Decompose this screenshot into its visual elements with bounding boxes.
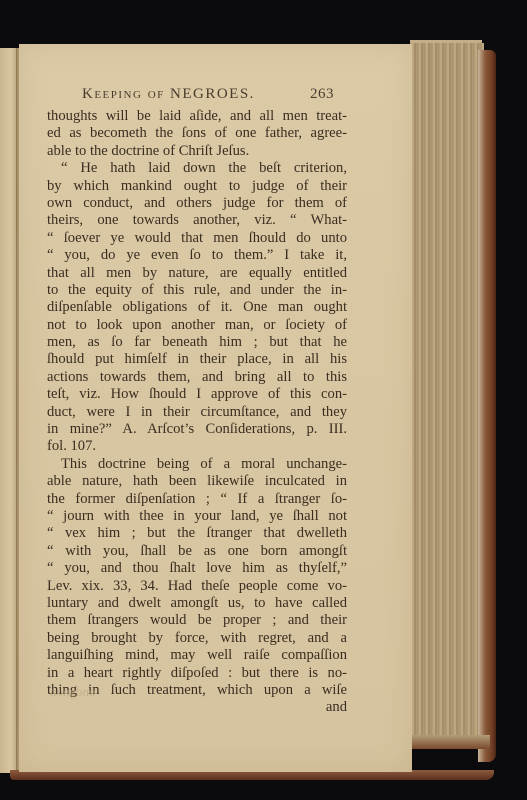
body-text: thoughts will be laid aſide, and all men… [47,108,347,699]
text-line: the former diſpenſation ; “ If a ſtrange… [47,491,347,508]
text-line: to the equity of this rule, and under th… [47,282,347,299]
text-line: able to the doctrine of Chriſt Jeſus. [47,143,347,160]
text-line: This doctrine being of a moral unchange- [47,456,347,473]
text-line: men, as ſo far beneath him ; but that he [47,334,347,351]
text-line: being brought by force, with regret, and… [47,630,347,647]
text-line: by which mankind ought to judge of their [47,178,347,195]
text-line: “ ſoever ye would that men ſhould do unt… [47,230,347,247]
text-line: Lev. xix. 33, 34. Had theſe people come … [47,578,347,595]
text-line: diſpenſable obligations of it. One man o… [47,299,347,316]
text-line: that all men by nature, are equally enti… [47,265,347,282]
running-head-title: Keeping of NEGROES. [82,86,255,103]
catchword: and [47,699,347,716]
text-line: them ſtrangers would be proper ; and the… [47,612,347,629]
text-line: thoughts will be laid aſide, and all men… [47,108,347,125]
catchword-row: and [47,699,347,717]
page-block-fore-edge [410,43,484,743]
page-number: 263 [310,86,334,103]
text-line: own conduct, and others judge for them o… [47,195,347,212]
text-line: teſt, viz. How ſhould I approve of this … [47,386,347,403]
text-line: duct, were I in their circumſtance, and … [47,404,347,421]
text-line: “ He hath laid down the beſt criterion, [47,160,347,177]
text-line: “ you, do ye even ſo to them.” I take it… [47,247,347,264]
text-line: fol. 107. [47,438,347,455]
page-text-block: Keeping of NEGROES. 263 thoughts will be… [47,86,347,717]
page-block-bottom [410,735,490,749]
text-line: luntary and dwelt amongſt us, to have ca… [47,595,347,612]
running-head: Keeping of NEGROES. 263 [47,86,347,108]
text-line: “ with you, ſhall be as one born amongſt [47,543,347,560]
text-line: languiſhing mind, may well raiſe compaſſ… [47,647,347,664]
text-line: “ vex him ; but the ſtranger that dwelle… [47,525,347,542]
show-through-text: ondgnon [50,684,96,700]
text-line: able nature, hath been likewiſe inculcat… [47,473,347,490]
text-line: not to look upon another man, or ſociety… [47,317,347,334]
text-line: actions towards them, and bring all to t… [47,369,347,386]
text-line: “ you, and thou ſhalt love him as thyſel… [47,560,347,577]
text-line: ed as becometh the ſons of one father, a… [47,125,347,142]
book-photograph: Keeping of NEGROES. 263 thoughts will be… [0,0,527,800]
text-line: in mine?” A. Arſcot’s Conſiderations, p.… [47,421,347,438]
leather-cover-edge [478,50,496,762]
text-line: in a heart rightly diſpoſed : but there … [47,665,347,682]
text-line: ſhould put himſelf in their place, in al… [47,351,347,368]
text-line: theirs, one towards another, viz. “ What… [47,212,347,229]
text-line: “ journ with thee in your land, ye ſhall… [47,508,347,525]
